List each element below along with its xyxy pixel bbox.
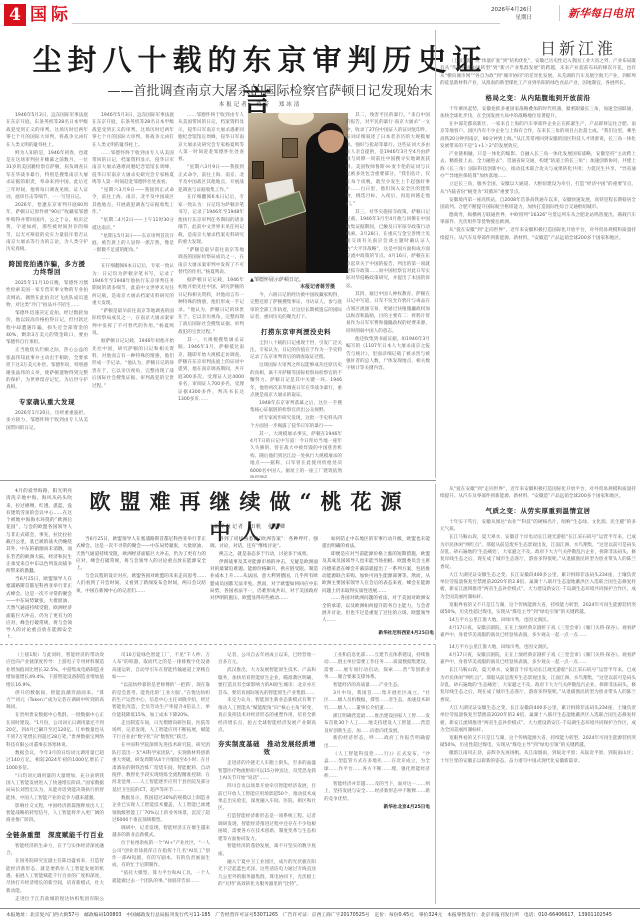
paragraph: 宽眼界看的又不只是江与湖，这个传统能源大省，持续能力转型，2024年可再生能源装…: [440, 735, 636, 750]
paragraph: 2025年11月10日晚，邹德怀习惯性检索美国一家专营军事文物的专业拍卖网站。偶…: [6, 280, 88, 310]
lead-column-1: 1946年5月3日，远东国际军事法庭在东京开庭，东条英机等28名日本甲级战犯受到…: [6, 112, 88, 478]
subheading: 打捞东京审判湮没史料: [250, 328, 342, 336]
sidebar-column: （上接1版）从“体量扩张”到“结构优化”，安徽已历史性迈入我国工业大省之列，产业…: [440, 58, 636, 478]
paragraph: 当6月25日，欧盟领导人在塞浦路斯首都尼科西亚举行非正式峰会。这是一次不寻常的聚…: [6, 576, 72, 638]
footer-imprint: 本报地址：北京复兴门西大街57号 邮政编码100803 中国邮政发行总局报刊发行…: [0, 908, 640, 922]
wall-frame: [282, 138, 298, 158]
paragraph: 智能经济的生命力，在于与实体经济深度融合。: [6, 843, 104, 858]
ai-column-4: 工业和信息化部……互建节点体系建设，持续推动……链主单位需要工作任务……质量数据…: [324, 652, 430, 902]
paragraph: 打造智能经济新形态是一项系统工程。记者调研发现，智能经济推进过程中还存在不少短板…: [218, 813, 316, 843]
lead-byline: 本报记者 蒋芳 郑冰清: [150, 100, 370, 108]
paragraph: 智能经济的高质量……产业生态。: [324, 682, 430, 689]
paragraph: 经专家初步研究发现，这批一手史料从四个方面进一步揭露了侵华日军的暴行——: [250, 415, 342, 430]
paragraph: 在中国科学院深圳先进技术研究院，研究团队打造出一支“AI科学家团队”，实现新材料…: [112, 742, 210, 794]
paragraph: 大江大湖见证安徽生态之变。长江安徽段400多公里，累计拆除非法码头234座，土壤…: [440, 705, 636, 735]
wall-frame: [252, 161, 264, 179]
person-head: [318, 123, 344, 153]
column-divider: [435, 484, 436, 640]
paragraph: 武汉推出，大力发展智能原生技术、产品和服务，加快培育智能原生企业，瞄准教区明确，…: [218, 667, 316, 697]
paragraph: 立足长三角，服务全国，安徽以大通道、大枢纽建设为牵引，打造“经济中国”的重要节点…: [440, 181, 636, 196]
sidebar-title: 日新江淮: [540, 36, 616, 59]
paragraph: 融入宁夏中卫工业园区，成片的光伏板在阳光下泛起蓝色光泽。这些清洁电力通过专线直送…: [218, 859, 316, 889]
paragraph: 1948年东京审判落幕之后，这位一手搜集核心证据链的检察官淡出公众视野。: [250, 400, 342, 415]
paragraph: （上接1版）从“体量扩张”到“结构优化”，安徽已历史性迈入我国工业大省之列，产业…: [440, 58, 636, 88]
paragraph: 长江马鞍山段，夏天翠水，安徽首个岸电动长江观光游船“长江采石矶号”运营半年来，已…: [440, 534, 636, 571]
paragraph: 其一，大规模屠杀事实。萨顿在1946年4月7日的日记中写道：今日拜访当地一座年久…: [250, 431, 342, 479]
paragraph: 4月17日夜，安徽京剧院，正在上演经典京剧折子戏《三堂会审》《雁门关将·探谷》。…: [440, 625, 636, 638]
paragraph: 宽眼界看的又不只是江与湖，这个传统能源大省，持续能力转型，2024年可再生能源装…: [440, 602, 636, 617]
paragraph: 在仔细翻阅6本日记后，专家一致认为：日记均为萨顿亲笔书写，记录了1946年至19…: [92, 263, 174, 307]
paragraph: 其二，残害平民的暴行。“来自中国的报告，对平民的暴行·南京大屠杀”一文中，收录了…: [346, 112, 430, 208]
lead-column-2: 1946年5月3日，远东国际军事法庭在东京开庭，东条英机等28名日本甲级战犯受到…: [92, 112, 174, 478]
lead-column-4: 今，六册日记的经历被中国收藏家购得，完整还原了萨顿搜集事证、寻访证人、参与庭审的…: [250, 292, 342, 478]
eu-byline: 新华社记者 田帆 张兆卿: [160, 523, 340, 530]
paragraph: “萨顿是最早前往南京等地调查的国际检察局成员之一，在南京大屠杀案审判中发挥了不可…: [92, 308, 174, 338]
paragraph: ……邹德怀终于收到由专人从美国带回的日记，档案资料显示，侵华日军南京大屠杀遇难同…: [178, 112, 244, 164]
paragraph: 记者，公司自去年初成立以来，已经营收一百多万元。: [218, 652, 316, 667]
paragraph: “星期二4月2日——上午11时30分抵达南京。”: [92, 217, 174, 232]
paragraph: 14万平方公里江淮大地，田绿川秀，也因文润民。: [440, 617, 636, 624]
paragraph: 在仔细翻阅6本日记后，专家一致认为：日记均为萨顿亲笔书写，记录了1946年至19…: [178, 194, 244, 246]
paragraph: 3月中旬，我国首……集开展社区成立，“社区……级人员机数据，撑型……者生态，加速…: [324, 690, 430, 712]
paragraph: 智能经济并非越……及的当下，面对这一……则上，坚持发展与安全……经济新形态中不断…: [324, 781, 430, 803]
paragraph: 得到了同样熟悉的“欧洲答案”：各种呼吁、强调、讨论、对话，还有“继续讨论”。: [210, 536, 318, 551]
masthead: 4 国际 2026年4月26日 星期日 新华每日电讯: [0, 0, 640, 26]
paragraph: 安徽境内第一座高铁站，自2008年首条高铁通车以来，安徽快速发展，高铁里程长期稳…: [440, 197, 636, 212]
sidebar-column-2: 从“爱在安徽”到“走向世界”，近年来安徽积极打造国际化开放平台，对外贸易规模和质…: [440, 486, 636, 638]
paragraph: 十年乘风起势，安徽抢抓多重国家战略叠加的时代机遇，紧密跟紧长三角，加速全国联通，…: [440, 106, 636, 121]
paragraph: 调研中，记者发现，智能经济正在催生越来越多的新业态新模式。: [112, 825, 210, 840]
section-divider: [0, 480, 436, 481]
lamp-light: [278, 113, 314, 125]
paragraph: “日均词元调用量的大量增加，充分表明我国人工智能发展进入了快速增长阶段。”国家数…: [6, 773, 104, 803]
paragraph: 邹德怀迅速决定竞拍。经过数轮加价，他以较高价格拍得日记，但付款过程中却遭遇诈骗，…: [6, 310, 88, 347]
paragraph: 十年实干笃行，安徽从闻达“农业”“科技”的硬核名片，唱响“生态绿、文化润、民生暖…: [440, 519, 636, 534]
paragraph: 如何防止中东地区的军事行动升级，欧盟也未能提出明确的看法。: [322, 536, 430, 551]
photo-credit: 本报记者蒋芳摄: [300, 283, 335, 290]
paragraph: “星期六3月9日——我接到正式命令，前往上海、南京、北平及中国战区其他地点，开展…: [178, 164, 244, 194]
dateline-sign: 新华社尼科西亚4月25日电: [374, 630, 434, 637]
issue-date: 2026年4月26日 星期日: [491, 6, 532, 22]
sidebar-column-3: 14万平方公里江淮大地，田绿川秀，也因文润民。 4月17日夜，安徽京剧院，正在上…: [440, 644, 636, 904]
photo-caption: ▲邹德怀展示萨顿日记。: [250, 276, 304, 283]
paragraph: 从“爱在安徽”到“走向世界”，近年来安徽积极打造国际化开放平台，对外贸易规模和质…: [440, 486, 636, 501]
subheading: 格局之变：从内陆腹地到开放前沿: [440, 94, 636, 102]
subheading: 跨国竞拍遇诈骗，多方援力终帮回: [6, 260, 88, 276]
page-number: 4: [4, 4, 26, 26]
paragraph: 影响社交文程，中国经济新篇图释放出人工智能战略的转型信号，人工智能将步入更广阔的…: [6, 803, 104, 825]
paragraph: 大江大湖见证安徽生态之变。长江安徽段400多公里，累计拆除非法码头234座，土壤…: [440, 572, 636, 602]
subheading: 全链条重塑 深度赋能千行百业: [6, 831, 104, 839]
paragraph: “萨顿是最早前往南京等地调查的国际检察局成员之一，在南京大屠杀案审判中发挥了不可…: [178, 247, 244, 277]
paragraph: “依托大模型、算力平台和AI工具，一个人就能做过去一个团队的事。”徐晨萍告诉……: [112, 870, 210, 885]
paragraph: ……各国对欧洲问题的看法，对于美国对欧洲安全的承诺，以及欧洲如何提升防务自主能力…: [322, 595, 430, 624]
paragraph: 在中部芜郡高新区，一家来自上海的汽车零部件企业正在抓紧生产，产品即将运往合肥、南…: [440, 121, 636, 151]
paragraph: 长江马鞍山段，夏天翠水，安徽首个岸电动长江观光游船“长江采石矶号”运营半年来，已…: [440, 667, 636, 704]
diary-photo: [248, 113, 348, 273]
paragraph: 数据显示，我国超过30%的规模以上制造业企业已实现人工智能技术覆盖，人工智能已渗…: [112, 795, 210, 825]
paragraph: 走进位于江苏盐城的悦达纺织集团有限公司……: [6, 896, 104, 902]
subheading: 专家确认重大发现: [6, 398, 88, 406]
paragraph: 产业链相融，只是一体化的缩影。自融入长三角一体化发展国家战略，安徽坚持“主动跨上…: [440, 151, 636, 181]
lead-column-5: 其二，残害平民的暴行。“来自中国的报告，对平民的暴行·南京大屠杀”一文中，收录了…: [346, 112, 430, 478]
ai-column-2: 司10万锭绿色智能工厂，不见“千人纱、万人布”的喧嚣，取而代之的是一排排数字化设…: [112, 652, 210, 902]
paragraph: 司10万锭绿色智能工厂，不见“千人纱、万人布”的喧嚣，取而代之的是一排排数字化设…: [112, 652, 210, 682]
subheading: 气质之变：从劳实厚重到温情宜居: [440, 507, 636, 515]
paragraph: 位于杭州余杭的一个“AI+”产业社区，“一人公司”创业者徐晨萍正在指挥十几名“A…: [112, 840, 210, 870]
subheading: 夯实制度基础 推动发展经质增效: [218, 740, 316, 756]
paragraph: “星期六3月9日——我接到正式命令，前往上海、南京、北平及中国战区其他地点，开展…: [92, 187, 174, 217]
paragraph: 走进济的冷链无人车跑上街头，至多的晶盛智慧医疗物流枢纽可以15分钟送达，仅凭恐龙…: [218, 760, 316, 782]
paragraph: 伊朗战事及其对能源市场的冲击，无疑是欧洲面对的最紧迫难题。能源价格飙升、供应链受…: [210, 559, 318, 603]
paragraph: 1946年5月3日，远东国际军事法庭在东京开庭，东条英机等28名日本甲级战犯受到…: [6, 112, 88, 149]
ai-column-1: （上接1版）与此同时，智能经济的带动效应也向产业链深度传导：上游电子专用材料制造…: [6, 652, 104, 902]
paragraph: 今，六册日记的经历被中国收藏家购得，完整还原了萨顿搜集事证、寻访证人、参与庭审的…: [250, 292, 342, 322]
paragraph: 从“爱在安徽”到“走向世界”，近年来安徽积极打造国际化开放平台，对外贸易规模和质…: [440, 227, 636, 242]
column-divider: [435, 30, 436, 478]
paragraph: 走出制造车间，日光熠熠向研医院、医院等场所，记者发现，人工智能应用不断拓展，赋能…: [112, 720, 210, 742]
paragraph: 据萨顿日记记载，1946年初他开始先往中国，研究萨顿的日记和相关资料，对他而言有…: [92, 338, 174, 390]
paragraph: 工业和信息化部……互建节点体系建设，持续推动……链主单位需要工作任务……质量数据…: [324, 652, 430, 682]
paragraph: ……邹德怀终于收到由专人从美国带回的日记，档案资料显示，侵华日军南京大屠杀遇难同…: [92, 150, 174, 187]
paragraph: 《人工智能科技伦……行)》正式发布，“沙盒……型监管方式在多地先……在北京成立，…: [324, 751, 430, 781]
paragraph: 当6月25日，欧盟领导人在塞浦路斯首都尼科西亚举行非正式峰会。这是一次不寻常的聚…: [76, 536, 206, 572]
lead-column-3: ……邹德怀终于收到由专人从美国带回的日记，档案资料显示，侵华日军南京大屠杀遇难同…: [178, 112, 244, 478]
paragraph: 2026年1月20日，历经重重波折，多方接力，邹德怀终于收到由专人从美国带回的日…: [6, 410, 88, 432]
eu-column-3: 如何防止中东地区的军事行动升级，欧盟也未能提出明确的看法。 即便是应对当前能源价…: [322, 536, 430, 638]
brand-logo: 新华每日电讯: [559, 5, 634, 21]
paragraph: 在国务院研究室副主任陈昌盛看来，打造智能经济新形态，就是要抓住人工智能发展的机遇…: [6, 858, 104, 895]
paragraph: 这场国际大审判之所以能够成功还原历史的真相，离不开萨顿等国际检察局检察官的不懈努…: [250, 362, 342, 399]
lead-subheadline: ——首批调查南京大屠杀的国际检察官萨顿日记发现始末: [60, 80, 480, 99]
paragraph: 其三，对华实施掠夺政策。萨顿日记记载，1946年3月至4月他与同僚在中国收集证据…: [346, 209, 430, 290]
ai-column-3: 记者，公司自去年初成立以来，已经营收一百多万元。 武汉推出，大力发展智能原生技术…: [218, 652, 316, 902]
section-divider: [0, 644, 436, 645]
paragraph: 其一，大规模搜集屠杀证据。1946年3月，萨顿抵达南京，随即开始大规模走访调查。…: [178, 337, 244, 404]
date-line: 2026年4月26日: [491, 6, 532, 14]
paragraph: “星期五5月3日——东京审判首次开庭，被告席上的人显得一派茫然，像是一群微不足道…: [92, 233, 174, 255]
paragraph: 其四，通过中国人神权教育。萨顿在日记中写道，日军不仅允许鸦片与毒品在占领区流通交…: [346, 291, 430, 335]
eu-column-1: 当6月25日，欧盟领导人在塞浦路斯首都尼科西亚举行非正式峰会。这是一次不寻常的聚…: [76, 536, 206, 638]
paragraph: 供升的数据间，智能浪潮奔涌而来。“算力”“词元（Token）”成为记者在调研中听…: [6, 690, 104, 712]
paragraph: 德商寿，纵横两万联通世界，中欧班列“16326”号货运列车从合肥北站鸣笛驶出，满…: [440, 212, 636, 227]
paragraph: 与会议程的设计对应，欧盟各国对欧盟的未来走向思考……人们看到了开会时间，又看到了…: [76, 573, 206, 595]
paragraph: 1946年5月3日，远东国际军事法庭在东京开庭，东条英机等28名日本甲级战犯受到…: [92, 112, 174, 149]
paragraph: 四川自贡以场景开放牵引智能经济发展，目前已开放人工智能应用场景超50个，推动技术…: [218, 783, 316, 813]
paragraph: 数据会议，今年3月的日均词元调用量已超过140万亿，相较2024年初的1000亿…: [6, 750, 104, 772]
paragraph: 据萨顿日记记载，1946年初他开始先往中国，研究萨顿的日记和相关资料，对他而言有…: [178, 277, 244, 336]
section-name: 国际: [30, 4, 72, 26]
paragraph: 未克力认为，智能原生新业态新模式有利于推动人工智能从“赋能配角”向“核心主角”转…: [218, 697, 316, 734]
paragraph: 换言之，就是表态多于行动，讨论多于成果。: [210, 551, 318, 558]
paragraph: 徽韵江南风正劲，奋辉争先再扬帆。从江南烟雨，到皖北平原；从皖北平原，到皖南山区；…: [440, 750, 636, 765]
paragraph: 新的经济形态，呼……政府工作报告明确提出……: [324, 735, 430, 750]
dateline-sign: 新华社北京4月25日电: [324, 804, 430, 811]
column-divider: [435, 644, 436, 904]
paragraph: 他还收集到书面证据，如1946年3月编写的《1107年日本人大屠杀南京之报告与统…: [346, 336, 430, 373]
paragraph: “以前纺纱靠的是老师傅的‘一把抓’，现在靠的是会思考、能优化的‘工业大脑’。”在…: [112, 682, 210, 719]
weekday-line: 星期日: [491, 14, 532, 22]
paragraph: 尘封八十载的日记重现于世，引发广泛关注。专家认为，日记的价值在于作为一手史料记录…: [250, 340, 342, 362]
eu-column-2: 得到了同样熟悉的“欧洲答案”：各种呼吁、强调、讨论、对话，还有“继续讨论”。 换…: [210, 536, 318, 638]
paragraph: ……: [92, 255, 174, 262]
paragraph: 正当他焦头烂额之际，热心公益的张晶伟知此事并主动出手相助，全要承担下这3万美元补…: [6, 347, 88, 391]
paragraph: 智能经济的蓬勃发展，离不开坚实的数字底座。: [218, 843, 316, 858]
paragraph: 14万平方公里江淮大地，田绿川秀，也因文润民。: [440, 644, 636, 651]
paragraph: （上接1版）与此同时，智能经济的带动效应也向产业链深度传导：上游电子专用材料制造…: [6, 652, 104, 689]
paragraph: 4月17日夜，安徽京剧院，正在上演经典京剧折子戏《三堂会审》《雁门关将·探谷》。…: [440, 652, 636, 667]
paragraph: 2026年，恰逢东京审判开庭80周年，萨顿日记原件被“90后”收藏家邹德怀购得并…: [6, 202, 88, 254]
masthead-rule: [72, 23, 500, 24]
paragraph: 即便是应对当前能源价格上涨的短期措施，欧盟及其成员国领导人也未能当场拍板。欧盟委…: [322, 551, 430, 595]
diary-book: [258, 191, 307, 226]
paragraph: 4月的爱琴海路，阳光明亮清洗辛地中海，海风从码头吹来，拉过绵绸，红透、湛蓝，没有…: [6, 488, 72, 576]
paragraph: 浙江明确营造最……推出建设国家人工智……发布首批30个人工……地支持建设人工智能…: [324, 713, 430, 735]
paragraph: 鲜为人知的是，1946年初春，也就是在这场审判拉开帷幕之前数月，一位31岁的美国…: [6, 150, 88, 202]
eu-sign: 新华社尼科西亚4月25日电: [374, 630, 434, 640]
paragraph: 在贵州贵安数据中心集群，一批数据中心正在同时建设。“1月份，公司词元日调用量还不…: [6, 712, 104, 749]
eu-column-0: 4月的爱琴海路，阳光明亮清洗辛地中海，海风从码头吹来，拉过绵绸，红透、湛蓝，没有…: [6, 488, 72, 638]
